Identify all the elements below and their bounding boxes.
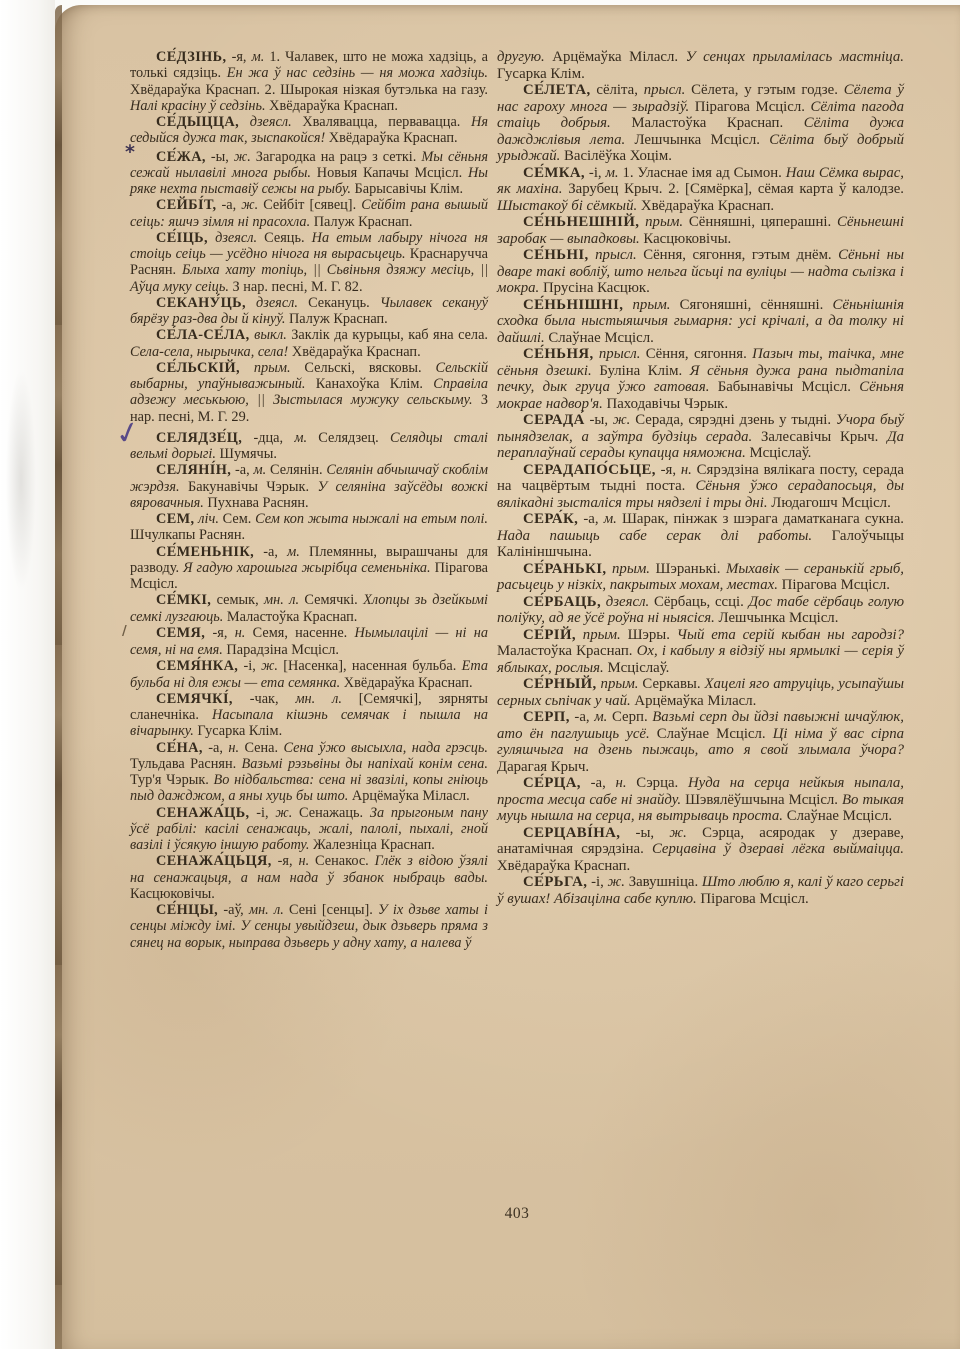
definition-text: Дарагая Крыч. xyxy=(497,759,589,775)
definition-text: Сёння, сягоння. xyxy=(640,346,752,362)
example-italic-text: прым. xyxy=(583,627,621,643)
definition-text: Шэранькі. xyxy=(650,561,726,577)
definition-text: Хвалявацца, первавацца. xyxy=(292,114,471,130)
definition-text: Сёрбаць, ссці. xyxy=(649,594,748,610)
definition-text: -ы, xyxy=(620,825,669,841)
definition-text: Сені [сенцы]. xyxy=(284,902,378,918)
dictionary-entry: СЕ́ДЫЦЦА, дзеясл. Хвалявацца, первавацца… xyxy=(130,114,488,147)
example-italic-text: Налі красіну ў седзінь. xyxy=(130,98,266,114)
definition-text: Хвёдараўка Краснап. xyxy=(325,130,457,146)
definition-text: -а, xyxy=(203,740,228,756)
definition-text: Сеяць. xyxy=(257,230,312,246)
headword: СЕМ, xyxy=(156,511,195,527)
headword: СЕ́НЬНІШНІ, xyxy=(523,297,623,313)
definition-text: Шчулкапы Раснян. xyxy=(130,527,245,543)
headword: СЕ́ЛЬСКІЙ, xyxy=(156,360,240,376)
example-italic-text: н. xyxy=(228,740,239,756)
definition-text: -я, xyxy=(205,625,234,641)
definition-text: Маластоўка Краснап. xyxy=(611,115,804,131)
dictionary-entry: СЕ́ЛА-СЕ́ЛА, выкл. Заклік да курыцы, каб… xyxy=(130,327,488,360)
definition-text: Пірагова Мсцісл. xyxy=(689,99,810,115)
example-italic-text: мн. л. xyxy=(249,902,284,918)
definition-text: Буліна Клім. xyxy=(592,363,690,379)
definition-text: Бабынавічы Мсцісл. xyxy=(709,379,859,395)
definition-text: Арцёмаўка Міласл. xyxy=(545,49,686,65)
example-italic-text: прым. xyxy=(601,676,639,692)
definition-text: Завушніца. xyxy=(625,874,702,890)
dictionary-entry: СЕ́ДЗІНЬ, -я, м. 1. Чалавек, што не можа… xyxy=(130,49,488,114)
definition-text: -ы, xyxy=(585,412,613,428)
definition-text: Арцёмаўка Міласл. xyxy=(631,693,757,709)
definition-text: Мсціслаў. xyxy=(746,445,812,461)
definition-text: Пірагова Мсцісл. xyxy=(778,577,890,593)
definition-text: [Насенка], насенная бульба. xyxy=(278,658,462,674)
example-italic-text: ж. xyxy=(608,874,625,890)
definition-text: -а, xyxy=(570,709,594,725)
headword: СЕ́ДЗІНЬ, xyxy=(156,49,227,65)
definition-text: Загародка на рацэ з сеткі. xyxy=(251,149,422,165)
headword: СЕ́ЛА-СЕ́ЛА, xyxy=(156,327,250,343)
scanner-artifact xyxy=(6,370,36,590)
dictionary-entry: СЕРЦАВІ́НА, -ы, ж. Сэрца, асяродак у дзе… xyxy=(497,825,904,875)
definition-text: -я, xyxy=(227,49,252,65)
definition-text: Канахоўка Клім. xyxy=(306,376,434,392)
definition-text: Сённяшні, цяперашні. xyxy=(683,214,837,230)
dictionary-entry: СЕ́МКІ, семык, мн. л. Семячкі. Хлопцы зь… xyxy=(130,592,488,625)
headword: СЕКАНУ́ЦЬ, xyxy=(156,295,246,311)
dictionary-entry: СЕ́РЬГА, -і, ж. Завушніца. Што люблю я, … xyxy=(497,874,904,907)
headword: СЕМЯ́НКА, xyxy=(156,658,238,674)
example-italic-text: прым. xyxy=(254,360,291,376)
definition-text: Гусарка Клім. xyxy=(497,66,585,82)
headword: СЕ́НА, xyxy=(156,740,203,756)
dictionary-entry: СЕ́ІЦЬ, дзеясл. Сеяць. На етым лабыру ні… xyxy=(130,230,488,295)
dictionary-entry: СЕРАДА́ -ы, ж. Серада, сярэдні дзень у т… xyxy=(497,412,904,462)
dictionary-entry: СЕ́НЬНЯ, прысл. Сёння, сягоння. Пазыч ты… xyxy=(497,346,904,412)
definition-text: Мсціслаў. xyxy=(604,660,670,676)
headword: СЕ́НЬНЕШНІЙ, xyxy=(523,214,639,230)
headword: СЕРА́К, xyxy=(523,511,578,527)
headword: СЕ́ЛЕТА, xyxy=(523,82,591,98)
scanner-margin xyxy=(0,0,55,1349)
definition-text: Паходавічы Чэрык. xyxy=(603,396,728,412)
example-italic-text: прысл. xyxy=(644,82,686,98)
definition-text: Сем. xyxy=(219,511,255,527)
example-italic-text: дзеясл. xyxy=(215,230,257,246)
dictionary-entry: СЕ́РІЙ, прым. Шэры. Чый ета серій кыбан … xyxy=(497,627,904,677)
definition-text: Сельскі, вясковы. xyxy=(291,360,436,376)
example-italic-text: ж. xyxy=(234,149,251,165)
definition-text: Зарубец Крыч. 2. [Сямёрка], сёмая карта … xyxy=(562,181,904,197)
dictionary-entry: СЕ́ЛЕТА, сёліта, прысл. Сёлета, у гэтым … xyxy=(497,82,904,165)
page-binding-edge xyxy=(55,5,62,1349)
headword: СЕ́РЬГА, xyxy=(523,874,587,890)
headword: СЕРП, xyxy=(523,709,570,725)
definition-text: Хвёдараўка Краснап. xyxy=(637,198,774,214)
example-italic-text: м. xyxy=(604,511,617,527)
example-italic-text: Чый ета серій кыбан ны гародзі? xyxy=(677,627,904,643)
dictionary-entry: СЕЛЯНІ́Н, -а, м. Селянін. Селянін абчышч… xyxy=(130,462,488,511)
example-italic-text: дзеясл. xyxy=(256,295,298,311)
dictionary-entry: СЕРА́К, -а, м. Шарак, пінжак з шэрага да… xyxy=(497,511,904,561)
dictionary-entry: СЕ́РБАЦЬ, дзеясл. Сёрбаць, ссці. Дос таб… xyxy=(497,594,904,627)
example-italic-text: н. xyxy=(681,462,692,478)
headword: СЕРАДА́ xyxy=(523,412,585,428)
definition-text: Васілёўка Хоцім. xyxy=(560,148,672,164)
definition-text: Слаўнае Мсцісл. xyxy=(650,726,773,742)
dictionary-entry: СЕ́РНЫЙ, прым. Серкавы. Хацелі яго атруц… xyxy=(497,676,904,709)
definition-text: -а, xyxy=(216,197,241,213)
example-italic-text: дзеясл. xyxy=(250,114,292,130)
example-italic-text: н. xyxy=(298,853,309,869)
dictionary-entry: СЕМ, ліч. Сем. Сем коп жыта ныжалі на ет… xyxy=(130,511,488,544)
definition-text: Слаўнае Мсцісл. xyxy=(545,330,654,346)
headword: СЕЛЯДЗЕ́Ц, xyxy=(156,430,242,446)
page-number: 403 xyxy=(130,1205,904,1223)
headword: СЕНАЖА́ЦЬ, xyxy=(156,805,250,821)
dictionary-entry: СЕЙБІ́Т, -а, ж. Сейбіт [сявец]. Сейбіт р… xyxy=(130,197,488,230)
dictionary-entry: СЕ́НЬНІ, прысл. Сёння, сягоння, гэтым дн… xyxy=(497,247,904,297)
definition-text: -а, xyxy=(254,544,287,560)
definition-text: Шарак, пінжак з шэрага даматканага сукна… xyxy=(617,511,904,527)
example-italic-text: Сем коп жыта ныжалі на етым полі. xyxy=(255,511,488,527)
definition-text: Пірагова Мсцісл. xyxy=(697,891,809,907)
definition-text: Барысавічы Клім. xyxy=(351,181,463,197)
definition-text: Арцёмаўка Міласл. xyxy=(348,788,469,804)
example-italic-text: Нада пашыць сабе серак длі работы. xyxy=(497,528,812,544)
definition-text: Хвёдараўка Краснап. xyxy=(340,675,472,691)
definition-text: 1. Уласнае імя ад Сымон. xyxy=(619,165,786,181)
definition-text: Сёлета, у гэтым годзе. xyxy=(685,82,843,98)
pen-check-mark-icon: ✓ xyxy=(114,429,118,445)
example-italic-text: прысл. xyxy=(595,247,637,263)
headword: СЕРАДАПО́СЬЦЕ, xyxy=(523,462,656,478)
example-italic-text: Сена ўжо высыхла, нада грэсць. xyxy=(283,740,488,756)
headword: СЕ́РЦА, xyxy=(523,775,581,791)
definition-text: Серп. xyxy=(607,709,652,725)
definition-text: Шэры. xyxy=(621,627,677,643)
headword: СЕ́РІЙ, xyxy=(523,627,576,643)
example-italic-text: м. xyxy=(594,709,607,725)
example-italic-text: м. xyxy=(294,430,307,446)
headword: СЕ́ЖА, xyxy=(156,149,206,165)
definition-text: Лешчынка Мсцісл. xyxy=(715,610,839,626)
dictionary-entry: СЕ́НЬНІШНІ, прым. Сягоняшні, сённяшні. С… xyxy=(497,297,904,347)
definition-text: Хвёдараўка Краснап. 2. Шырокая нізкая бу… xyxy=(130,82,488,98)
dictionary-entry: СЕ́ЛЬСКІЙ, прым. Сельскі, вясковы. Сельс… xyxy=(130,360,488,425)
dictionary-entry: СЕМЯ́НКА, -і, ж. [Насенка], насенная бул… xyxy=(130,658,488,691)
example-italic-text: м. xyxy=(287,544,300,560)
definition-text: -а, xyxy=(231,462,253,478)
definition-text: Слаўнае Мсцісл. xyxy=(783,808,892,824)
definition-text: -аў, xyxy=(218,902,249,918)
headword: СЕ́РНЫЙ, xyxy=(523,676,597,692)
dictionary-entry: ✓СЕЛЯДЗЕ́Ц, -дца, м. Селядзец. Селядцы с… xyxy=(130,425,488,463)
headword: СЕ́НЬНІ, xyxy=(523,247,589,263)
definition-text: Заклік да курыцы, каб яна села. xyxy=(287,327,488,343)
dictionary-entry: СЕ́НЬНЕШНІЙ, прым. Сённяшні, цяперашні. … xyxy=(497,214,904,247)
dictionary-entry: *СЕ́ЖА, -ы, ж. Загародка на рацэ з сеткі… xyxy=(130,147,488,198)
definition-text: Сягоняшні, сённяшні. xyxy=(670,297,832,313)
headword: СЕ́ІЦЬ, xyxy=(156,230,208,246)
definition-text xyxy=(246,295,256,311)
example-italic-text: н. xyxy=(235,625,246,641)
definition-text: Шэвялёўшчына Мсцісл. xyxy=(681,792,842,808)
definition-text: -чак, xyxy=(233,691,296,707)
example-italic-text: м. xyxy=(252,49,265,65)
dictionary-entry: СЕМЯЧКІ́, -чак, мн. л. [Семячкі], зярнят… xyxy=(130,691,488,740)
example-italic-text: прым. xyxy=(645,214,683,230)
headword: СЕ́МКА, xyxy=(523,165,585,181)
definition-text: Семя, насенне. xyxy=(245,625,354,641)
example-italic-text: У сенцах прыламілась мастніца. xyxy=(686,49,904,65)
definition-text: Парадзіна Мсцісл. xyxy=(223,642,339,658)
example-italic-text: ж. xyxy=(669,825,686,841)
definition-text: Касцюковічы. xyxy=(640,231,732,247)
definition-text: -і, xyxy=(238,658,261,674)
definition-text: Пухнава Раснян. xyxy=(204,495,309,511)
example-italic-text: ж. xyxy=(613,412,630,428)
example-italic-text: н. xyxy=(616,775,627,791)
example-italic-text: Серцавіна ў дзераві лёгка выймаіцца. xyxy=(652,841,904,857)
definition-text: Маластоўка Краснап. xyxy=(497,643,637,659)
example-italic-text: ж. xyxy=(275,805,292,821)
dictionary-entry: СЕ́РАНЬКІ, прым. Шэранькі. Мыхавік — сер… xyxy=(497,561,904,594)
headword: СЕ́МКІ, xyxy=(156,592,211,608)
example-italic-text: другую. xyxy=(497,49,545,65)
definition-text: Бакунавічы Чэрык. xyxy=(180,479,318,495)
definition-text: -і, xyxy=(585,165,605,181)
dictionary-entry: СЕРП, -а, м. Серп. Вазьмі серп ды йдзі п… xyxy=(497,709,904,775)
dictionary-entry: СЕ́РЦА, -а, н. Сэрца. Нуда на серца нейк… xyxy=(497,775,904,825)
definition-text: Людагошч Мсцісл. xyxy=(768,495,891,511)
headword: СЕРЦАВІ́НА, xyxy=(523,825,620,841)
definition-text: -я, xyxy=(656,462,681,478)
headword: СЕ́МЕНЬНІК, xyxy=(156,544,254,560)
example-italic-text: м. xyxy=(254,462,267,478)
column-right: другую. Арцёмаўка Міласл. У сенцах прыла… xyxy=(497,49,904,907)
dictionary-entry: СЕНАЖА́ЦЬЦЯ, -я, н. Сенакос. Глёк з відо… xyxy=(130,853,488,902)
definition-text: Сена. xyxy=(239,740,283,756)
example-italic-text: прым. xyxy=(633,297,671,313)
example-italic-text: мн. л. xyxy=(264,592,299,608)
definition-text: Сенакос. xyxy=(309,853,375,869)
headword: СЕНАЖА́ЦЬЦЯ, xyxy=(156,853,272,869)
headword: СЕ́НЦЫ, xyxy=(156,902,218,918)
definition-text: Жалезніца Краснап. xyxy=(309,837,434,853)
dictionary-entry: СЕНАЖА́ЦЬ, -і, ж. Сенажаць. За прыгоным … xyxy=(130,805,488,854)
definition-text: сёліта, xyxy=(591,82,644,98)
dictionary-entry-continuation: другую. Арцёмаўка Міласл. У сенцах прыла… xyxy=(497,49,904,82)
definition-text: Лешчынка Мсцісл. xyxy=(625,132,769,148)
definition-text: З нар. песні, М. Г. 82. xyxy=(229,279,363,295)
example-italic-text: прым. xyxy=(612,561,650,577)
headword: СЕ́РАНЬКІ, xyxy=(523,561,606,577)
definition-text: Хвёдараўка Краснап. xyxy=(497,858,630,874)
definition-text: Хвёдараўка Краснап. xyxy=(288,344,420,360)
headword: СЕ́НЬНЯ, xyxy=(523,346,594,362)
definition-text: Секануць. xyxy=(298,295,380,311)
dictionary-entry: СЕ́МЕНЬНІК, -а, м. Племянны, вырашчаны д… xyxy=(130,544,488,593)
example-italic-text: выкл. xyxy=(254,327,287,343)
book-page: СЕ́ДЗІНЬ, -я, м. 1. Чалавек, што не можа… xyxy=(55,5,960,1349)
definition-text: семык, xyxy=(211,592,264,608)
dictionary-entry: СЕ́НА, -а, н. Сена. Сена ўжо высыхла, на… xyxy=(130,740,488,805)
definition-text: Семячкі. xyxy=(299,592,363,608)
definition-text: -я, xyxy=(272,853,299,869)
headword: СЕ́ДЫЦЦА, xyxy=(156,114,239,130)
definition-text: Прусіна Касцюк. xyxy=(539,280,650,296)
example-italic-text: прысл. xyxy=(599,346,641,362)
definition-text: Тур'я Чэрык. xyxy=(130,772,214,788)
dictionary-entry: СЕКАНУ́ЦЬ, дзеясл. Секануць. Чылавек сек… xyxy=(130,295,488,328)
dictionary-entry: СЕ́НЦЫ, -аў, мн. л. Сені [сенцы]. У іх д… xyxy=(130,902,488,951)
definition-text: Маластоўка Краснап. xyxy=(223,609,357,625)
example-italic-text: ж. xyxy=(261,658,278,674)
definition-text: Новыя Капачы Мсцісл. xyxy=(311,165,468,181)
example-italic-text: м. xyxy=(605,165,618,181)
definition-text xyxy=(239,114,250,130)
example-italic-text: Села-села, нырычка, села! xyxy=(130,344,288,360)
example-italic-text: Ен жа ў нас седзінь — ня можа хадзіць. xyxy=(227,65,488,81)
definition-text: Хвёдараўка Краснап. xyxy=(266,98,398,114)
definition-text: -і, xyxy=(250,805,276,821)
dictionary-entry: СЕ́МКА, -і, м. 1. Уласнае імя ад Сымон. … xyxy=(497,165,904,215)
headword: СЕМЯЧКІ́, xyxy=(156,691,233,707)
scanned-page: СЕ́ДЗІНЬ, -я, м. 1. Чалавек, што не можа… xyxy=(0,0,960,1349)
definition-text: Тульдава Раснян. xyxy=(130,756,242,772)
definition-text xyxy=(623,297,632,313)
definition-text: -а, xyxy=(581,775,616,791)
example-italic-text: Вазьмі рэзьвіны ды напіхай конім сена. xyxy=(242,756,488,772)
definition-text: Серада, сярэдні дзень у тыдні. xyxy=(630,412,836,428)
headword: СЕЙБІ́Т, xyxy=(156,197,216,213)
headword: СЕЛЯНІ́Н, xyxy=(156,462,231,478)
column-left: СЕ́ДЗІНЬ, -я, м. 1. Чалавек, што не можа… xyxy=(130,49,488,951)
definition-text: -дца, xyxy=(242,430,294,446)
definition-text: Палуж Краснап. xyxy=(285,311,387,327)
definition-text: Сэрца. xyxy=(627,775,688,791)
example-italic-text: Шыстакоў бі сёмкый. xyxy=(497,198,637,214)
definition-text: Залесавічы Крыч. xyxy=(752,429,887,445)
definition-text: Шумячы. xyxy=(216,446,277,462)
definition-text: -ы, xyxy=(206,149,234,165)
definition-text xyxy=(576,627,583,643)
example-italic-text: ліч. xyxy=(198,511,219,527)
definition-text: Палуж Краснап. xyxy=(310,214,412,230)
headword: СЕМЯ, xyxy=(156,625,205,641)
example-italic-text: дзеясл. xyxy=(606,594,649,610)
definition-text: Сёння, сягоння, гэтым днём. xyxy=(637,247,838,263)
definition-text: -і, xyxy=(587,874,607,890)
headword: СЕ́РБАЦЬ, xyxy=(523,594,601,610)
definition-text xyxy=(240,360,254,376)
example-italic-text: мн. л. xyxy=(295,691,341,707)
definition-text: Касцюковічы. xyxy=(130,886,215,902)
dictionary-entry: /СЕМЯ, -я, н. Семя, насенне. Нымылацілі … xyxy=(130,625,488,659)
definition-text: Серкавы. xyxy=(639,676,705,692)
definition-text: Селядзец. xyxy=(307,430,390,446)
definition-text: Селянін. xyxy=(266,462,326,478)
definition-text: Сейбіт [сявец]. xyxy=(258,197,361,213)
example-italic-text: ж. xyxy=(241,197,258,213)
dictionary-entry: СЕРАДАПО́СЬЦЕ, -я, н. Сярэдзіна вялікага… xyxy=(497,462,904,512)
definition-text: -а, xyxy=(578,511,603,527)
definition-text: Гусарка Клім. xyxy=(194,723,282,739)
example-italic-text: Я гадую харошыга жырібца семеньніка. xyxy=(183,560,431,576)
definition-text: Сенажаць. xyxy=(292,805,370,821)
